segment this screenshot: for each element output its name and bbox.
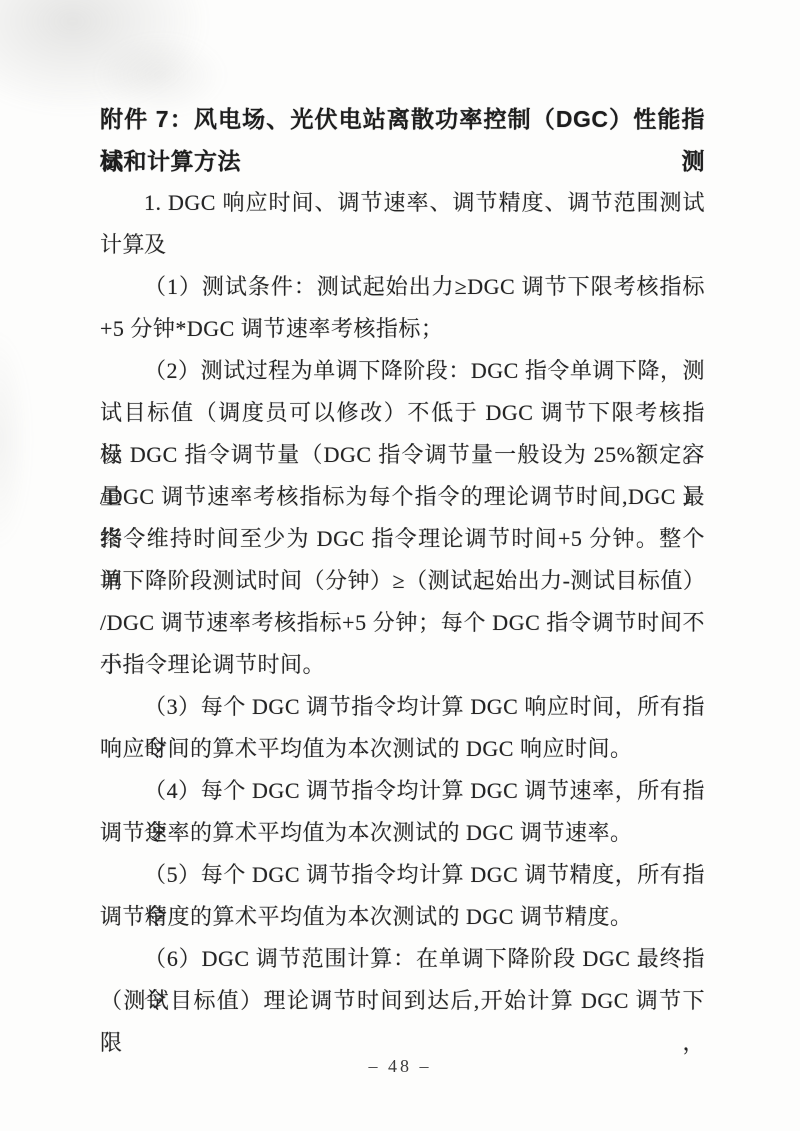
text-line: 指令维持时间至少为 DGC 指令理论调节时间+5 分钟。整个单 bbox=[100, 518, 705, 560]
text-line: +5 分钟*DGC 调节速率考核指标； bbox=[100, 308, 705, 350]
document-body: 附件 7：风电场、光伏电站离散功率控制（DGC）性能指标测 试和计算方法 1. … bbox=[100, 98, 705, 1022]
text-line: 调下降阶段测试时间（分钟）≥（测试起始出力-测试目标值） bbox=[100, 560, 705, 602]
document-page: 附件 7：风电场、光伏电站离散功率控制（DGC）性能指标测 试和计算方法 1. … bbox=[0, 0, 800, 1131]
page-number: – 48 – bbox=[0, 1056, 800, 1077]
text-line: （3）每个 DGC 调节指令均计算 DGC 响应时间，所有指令 bbox=[100, 686, 705, 728]
section-heading-line: 计算 bbox=[100, 224, 705, 266]
text-line: （5）每个 DGC 调节指令均计算 DGC 调节精度，所有指令 bbox=[100, 854, 705, 896]
text-line: /DGC 调节速率考核指标+5 分钟；每个 DGC 指令调节时间不小 bbox=[100, 602, 705, 644]
text-line: 于指令理论调节时间。 bbox=[100, 644, 705, 686]
text-line: （6）DGC 调节范围计算：在单调下降阶段 DGC 最终指令 bbox=[100, 938, 705, 980]
scan-smudge bbox=[0, 330, 30, 550]
text-line: 设 DGC 指令调节量（DGC 指令调节量一般设为 25%额定容量） bbox=[100, 434, 705, 476]
text-line: （测试目标值）理论调节时间到达后,开始计算 DGC 调节下限， bbox=[100, 980, 705, 1022]
text-line: （4）每个 DGC 调节指令均计算 DGC 调节速率，所有指令 bbox=[100, 770, 705, 812]
text-line: 试目标值（调度员可以修改）不低于 DGC 调节下限考核指标。 bbox=[100, 392, 705, 434]
text-line: （1）测试条件：测试起始出力≥DGC 调节下限考核指标 bbox=[100, 266, 705, 308]
text-line: /DGC 调节速率考核指标为每个指令的理论调节时间,DGC 最终 bbox=[100, 476, 705, 518]
text-line: 调节速率的算术平均值为本次测试的 DGC 调节速率。 bbox=[100, 812, 705, 854]
document-title-line-1: 附件 7：风电场、光伏电站离散功率控制（DGC）性能指标测 bbox=[100, 98, 705, 140]
text-line: （2）测试过程为单调下降阶段：DGC 指令单调下降，测 bbox=[100, 350, 705, 392]
section-heading-line: 1. DGC 响应时间、调节速率、调节精度、调节范围测试及 bbox=[100, 182, 705, 224]
text-line: 调节精度的算术平均值为本次测试的 DGC 调节精度。 bbox=[100, 896, 705, 938]
text-line: 响应时间的算术平均值为本次测试的 DGC 响应时间。 bbox=[100, 728, 705, 770]
